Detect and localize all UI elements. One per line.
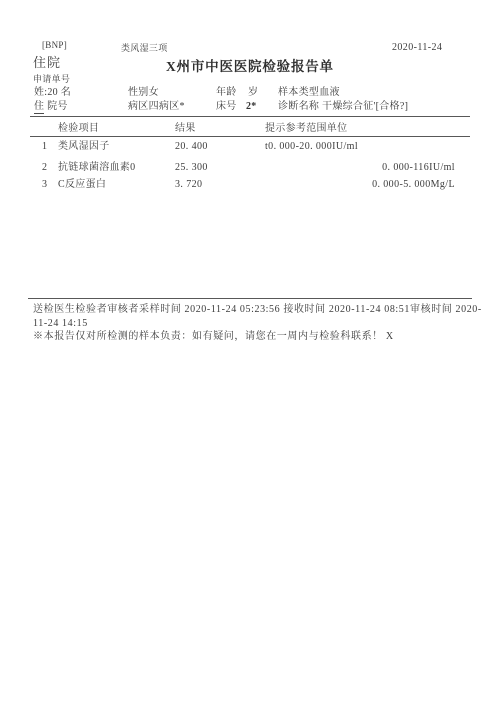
row-result: 3. 720	[175, 179, 202, 191]
col-range-header: 提示参考范围单位	[265, 123, 347, 135]
row-no: 1	[42, 141, 47, 153]
bed-label: 床号	[216, 101, 237, 113]
report-date: 2020-11-24	[392, 42, 442, 54]
patient-name: 姓:20 名	[34, 87, 71, 99]
bed-value: 2*	[246, 101, 257, 113]
footer-divider	[28, 298, 472, 299]
row-no: 3	[42, 179, 47, 191]
request-no-label: 申请单号	[33, 74, 70, 84]
patient-sex: 性别女	[128, 87, 159, 99]
header-divider	[30, 116, 470, 117]
report-title: X州市中医医院检验报告单	[166, 59, 334, 75]
table-header-row: 检验项目 结果 提示参考范围单位	[0, 123, 500, 137]
footer-times-line1: 送检医生检验者审核者采样时间 2020-11-24 05:23:56 接收时间 …	[33, 304, 482, 316]
footer-note: ※本报告仅对所检测的样本负责：如有疑问，请您在一周内与检验科联系！ X	[33, 331, 394, 343]
diagnosis-value: 干燥综合征'[合格?]	[322, 101, 408, 112]
panel-name: 类风湿三项	[121, 43, 168, 53]
table-row: 1 类风湿因子 20. 400 t0. 000-20. 000IU/ml	[0, 141, 500, 155]
table-row: 3 C反应蛋白 3. 720 0. 000-5. 000Mg/L	[0, 179, 500, 193]
inpatient-no-rest: 院号	[47, 101, 68, 112]
sample-type: 样本类型血液	[278, 87, 340, 99]
table-header-divider	[30, 136, 470, 137]
row-item: 类风湿因子	[58, 141, 110, 153]
inpatient-no-prefix: 住	[34, 101, 44, 114]
row-range: 0. 000-116IU/ml	[290, 162, 455, 174]
row-range: t0. 000-20. 000IU/ml	[265, 141, 358, 153]
col-item-header: 检验项目	[58, 123, 99, 135]
diagnosis: 诊断名称 干燥综合征'[合格?]	[278, 101, 408, 113]
patient-type-label: 住院	[33, 56, 61, 71]
lab-report-page: [BNP] 类风湿三项 2020-11-24 住院 X州市中医医院检验报告单 申…	[0, 0, 500, 707]
col-result-header: 结果	[175, 123, 196, 135]
footer-times-line2: 11-24 14:15	[33, 318, 88, 330]
row-no: 2	[42, 162, 47, 174]
patient-age-unit: 岁	[248, 87, 258, 99]
report-tag: [BNP]	[42, 40, 67, 50]
row-result: 25. 300	[175, 162, 208, 174]
row-range: 0. 000-5. 000Mg/L	[290, 179, 455, 191]
inpatient-no-label: 住 院号	[34, 101, 68, 113]
patient-age-label: 年龄	[216, 87, 237, 99]
diagnosis-label: 诊断名称	[278, 101, 319, 112]
table-row: 2 抗链球菌溶血素0 25. 300 0. 000-116IU/ml	[0, 162, 500, 176]
ward: 病区四病区*	[128, 101, 185, 113]
row-result: 20. 400	[175, 141, 208, 153]
row-item: 抗链球菌溶血素0	[58, 162, 135, 174]
row-item: C反应蛋白	[58, 179, 106, 191]
